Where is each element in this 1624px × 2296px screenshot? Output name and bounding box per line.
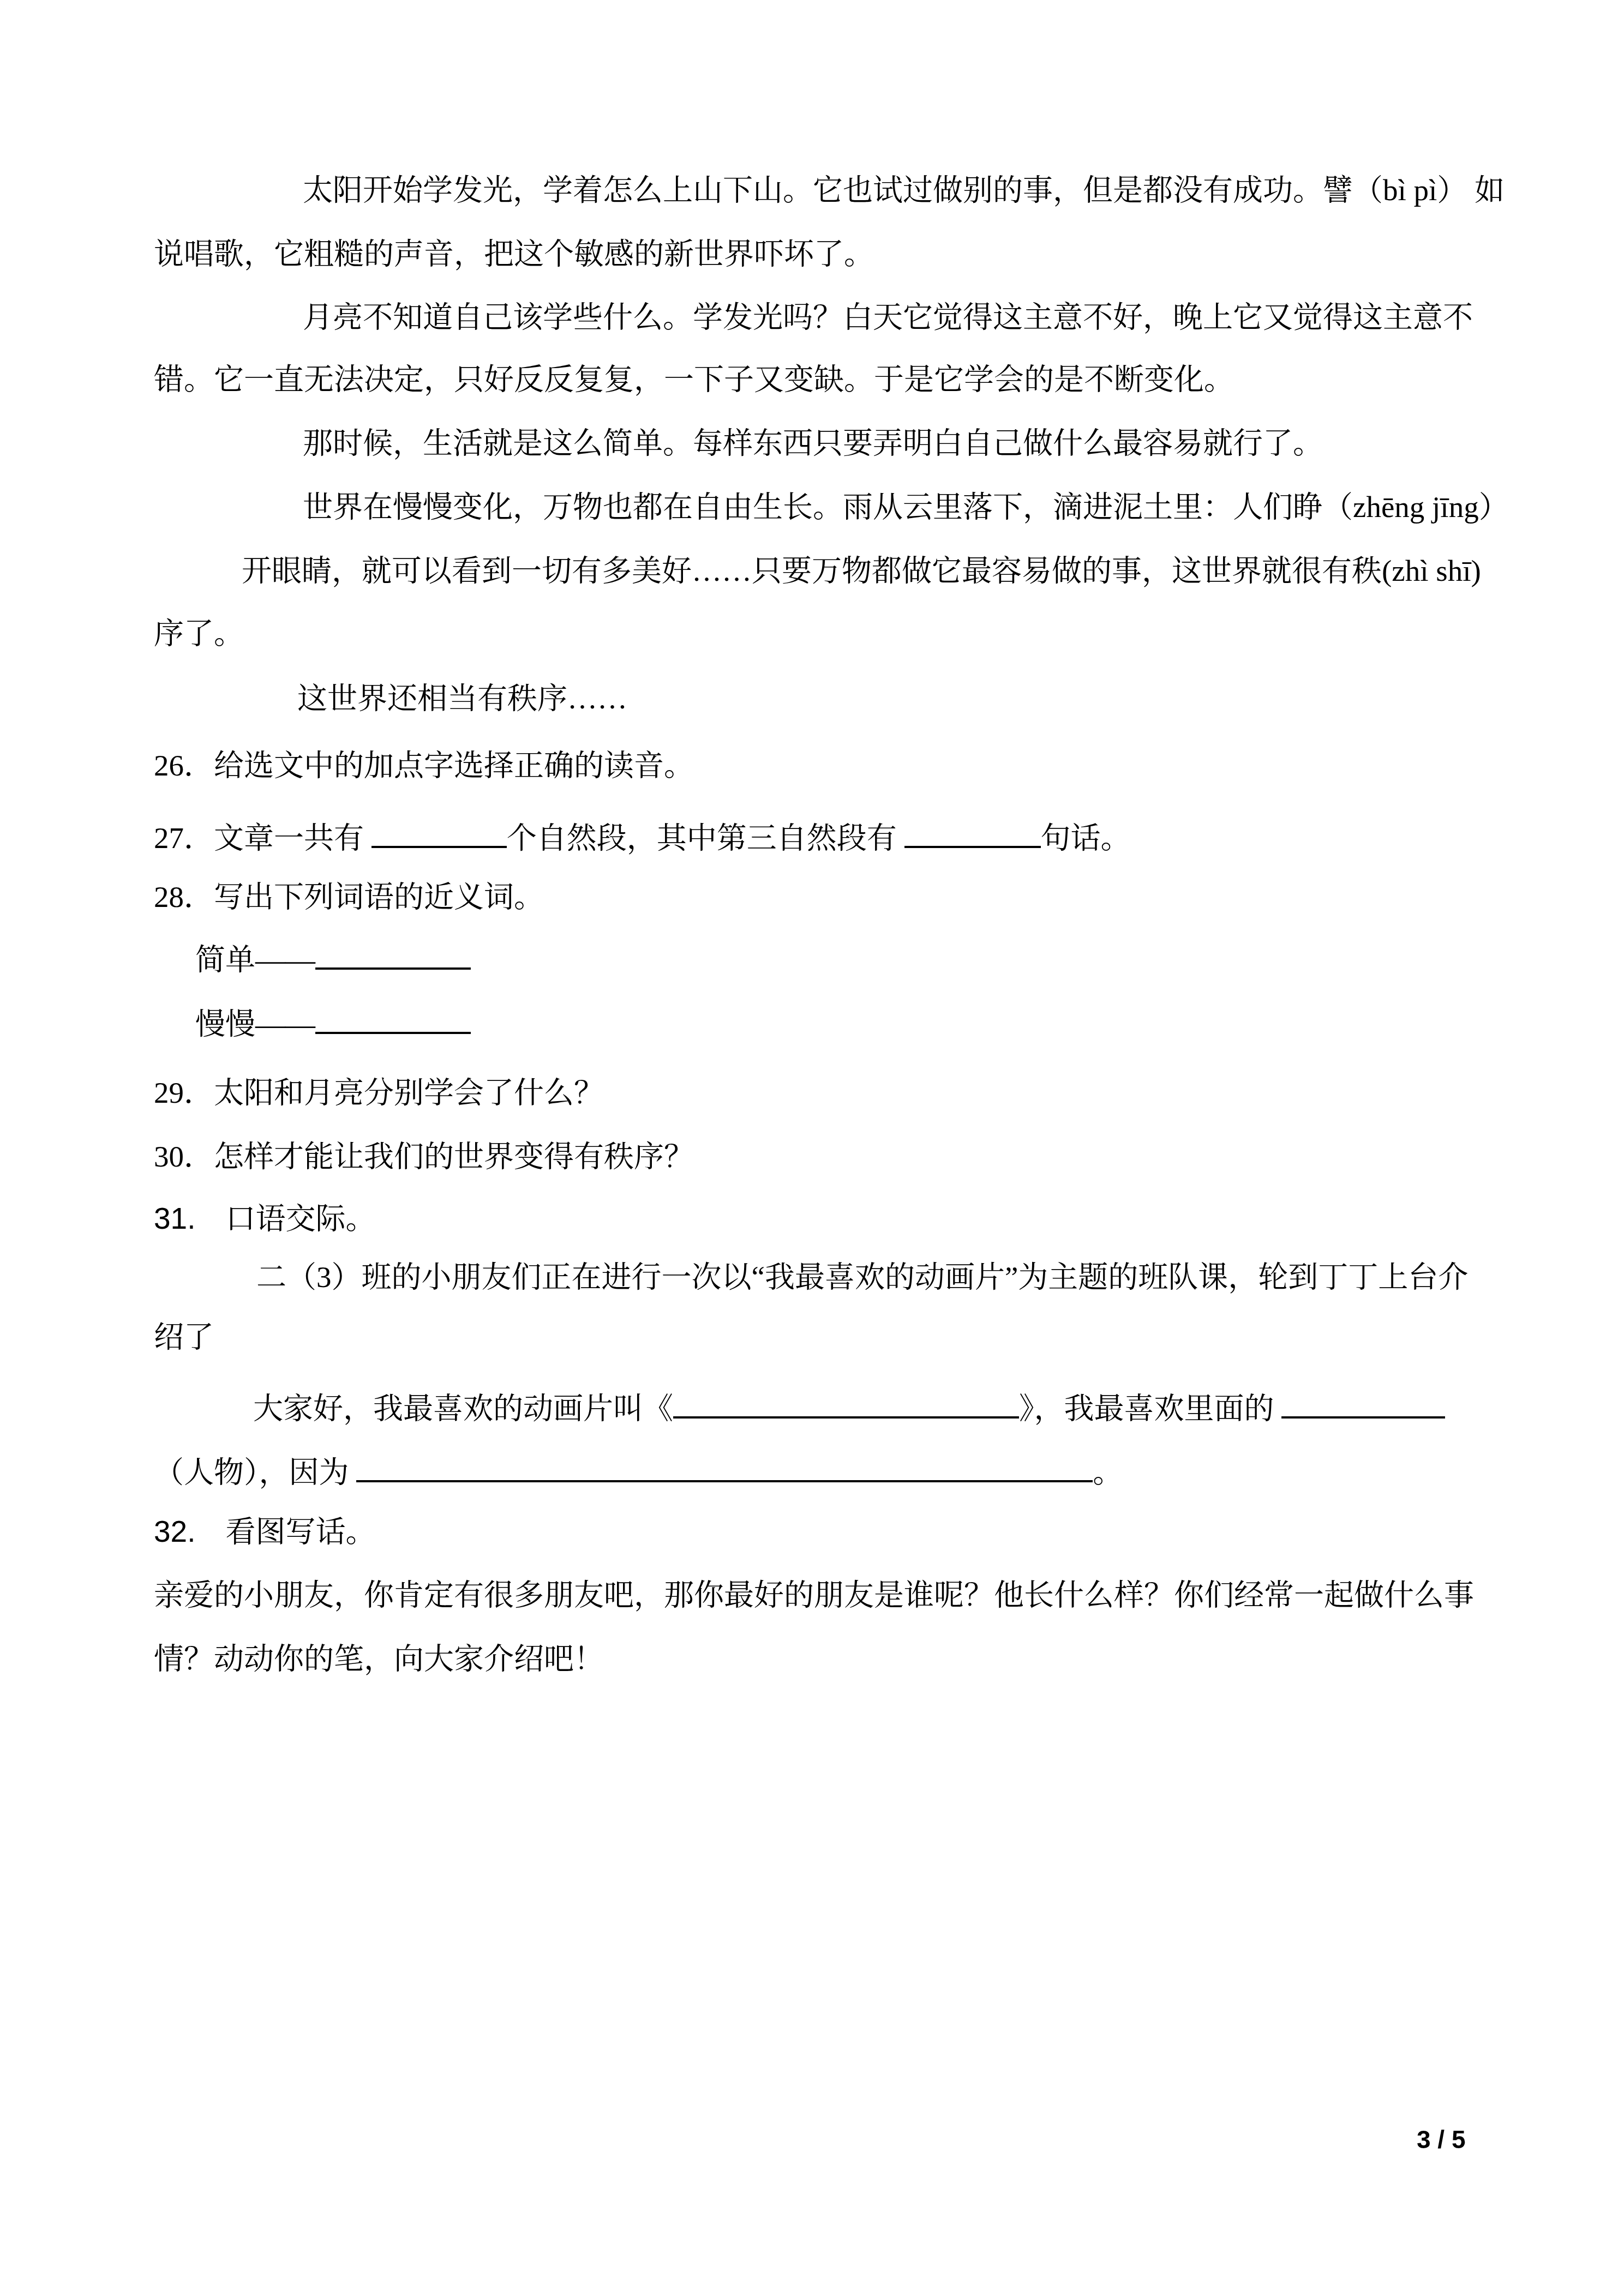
text-line: 26．给选文中的加点字选择正确的读音。: [154, 750, 694, 782]
blank-underline: [371, 818, 507, 848]
blank-underline: [356, 1452, 1093, 1482]
text-segment: 》，我最喜欢里面的: [1019, 1392, 1281, 1425]
text-segment: 太阳开始学发光，学着怎么上山下山。它也试过做别的事，但是都没有成功。譬（bì p…: [303, 173, 1505, 207]
text-line: 32. 看图写话。: [154, 1516, 375, 1548]
text-segment: （人物），因为: [154, 1456, 356, 1489]
text-segment: 序了。: [154, 617, 244, 650]
text-segment: 简单——: [195, 943, 315, 976]
text-line: 说唱歌，它粗糙的声音，把这个敏感的新世界吓坏了。: [154, 238, 874, 270]
text-segment: 看图写话。: [195, 1515, 375, 1548]
blank-underline: [1281, 1388, 1445, 1419]
text-segment: 句话。: [1041, 821, 1131, 855]
text-line: 31. 口语交际。: [154, 1203, 375, 1235]
text-segment: 二（3）班的小朋友们正在进行一次以“我最喜欢的动画片”为主题的班队课，轮到丁丁上…: [256, 1260, 1468, 1294]
text-segment: 说唱歌，它粗糙的声音，把这个敏感的新世界吓坏了。: [154, 237, 874, 271]
text-segment: 这世界还相当有秩序……: [297, 682, 627, 715]
blank-underline: [315, 1003, 471, 1034]
text-segment: 亲爱的小朋友，你肯定有很多朋友吧，那你最好的朋友是谁呢？他长什么样？你们经常一起…: [154, 1578, 1474, 1612]
text-segment: 世界在慢慢变化，万物也都在自由生长。雨从云里落下，滴进泥土里：人们睁（zhēng…: [303, 490, 1509, 524]
blank-underline: [904, 818, 1041, 848]
text-line: 世界在慢慢变化，万物也都在自由生长。雨从云里落下，滴进泥土里：人们睁（zhēng…: [303, 491, 1509, 523]
text-segment: 29．太阳和月亮分别学会了什么？: [154, 1076, 604, 1109]
blank-underline: [673, 1388, 1019, 1419]
text-segment: 个自然段，其中第三自然段有: [507, 821, 904, 855]
text-segment: 口语交际。: [195, 1202, 375, 1235]
text-segment: 错。它一直无法决定，只好反反复复，一下子又变缺。于是它学会的是不断变化。: [154, 363, 1234, 396]
text-line: （人物），因为 。: [154, 1452, 1123, 1488]
text-segment: 那时候，生活就是这么简单。每样东西只要弄明白自己做什么最容易就行了。: [303, 426, 1323, 460]
text-segment: 30．怎样才能让我们的世界变得有秩序？: [154, 1140, 694, 1173]
blank-underline: [315, 939, 471, 970]
text-line: 错。它一直无法决定，只好反反复复，一下子又变缺。于是它学会的是不断变化。: [154, 364, 1234, 395]
text-segment: 绍了: [154, 1320, 214, 1354]
text-segment: 大家好，我最喜欢的动画片叫《: [253, 1392, 673, 1425]
document-page: 太阳开始学发光，学着怎么上山下山。它也试过做别的事，但是都没有成功。譬（bì p…: [0, 0, 1624, 2296]
text-line: 30．怎样才能让我们的世界变得有秩序？: [154, 1141, 694, 1173]
text-segment: 27．文章一共有: [154, 821, 371, 855]
text-line: 大家好，我最喜欢的动画片叫《》，我最喜欢里面的: [253, 1388, 1445, 1425]
text-segment: 。: [1093, 1456, 1123, 1489]
text-line: 慢慢——: [195, 1003, 471, 1040]
text-segment: 32.: [154, 1514, 195, 1548]
text-line: 简单——: [195, 939, 471, 976]
text-segment: 情？动动你的笔，向大家介绍吧！: [154, 1642, 604, 1675]
text-line: 27．文章一共有 个自然段，其中第三自然段有 句话。: [154, 818, 1131, 854]
text-line: 28．写出下列词语的近义词。: [154, 881, 544, 913]
text-line: 这世界还相当有秩序……: [297, 683, 627, 714]
text-segment: 26．给选文中的加点字选择正确的读音。: [154, 749, 694, 782]
page-number-indicator: 3 / 5: [1417, 2126, 1466, 2153]
text-line: 亲爱的小朋友，你肯定有很多朋友吧，那你最好的朋友是谁呢？他长什么样？你们经常一起…: [154, 1579, 1474, 1611]
text-segment: 31.: [154, 1201, 195, 1235]
text-line: 开眼睛，就可以看到一切有多美好……只要万物都做它最容易做的事，这世界就很有秩(z…: [242, 555, 1481, 587]
text-segment: 28．写出下列词语的近义词。: [154, 880, 544, 913]
text-line: 29．太阳和月亮分别学会了什么？: [154, 1077, 604, 1109]
text-line: 太阳开始学发光，学着怎么上山下山。它也试过做别的事，但是都没有成功。譬（bì p…: [303, 175, 1505, 206]
text-line: 那时候，生活就是这么简单。每样东西只要弄明白自己做什么最容易就行了。: [303, 428, 1323, 459]
text-line: 月亮不知道自己该学些什么。学发光吗？白天它觉得这主意不好，晚上它又觉得这主意不: [303, 302, 1473, 333]
text-line: 二（3）班的小朋友们正在进行一次以“我最喜欢的动画片”为主题的班队课，轮到丁丁上…: [256, 1261, 1468, 1293]
text-line: 序了。: [154, 618, 244, 650]
text-segment: 慢慢——: [195, 1007, 315, 1041]
text-line: 绍了: [154, 1321, 214, 1353]
text-segment: 开眼睛，就可以看到一切有多美好……只要万物都做它最容易做的事，这世界就很有秩(z…: [242, 554, 1481, 587]
text-line: 情？动动你的笔，向大家介绍吧！: [154, 1643, 604, 1675]
text-segment: 月亮不知道自己该学些什么。学发光吗？白天它觉得这主意不好，晚上它又觉得这主意不: [303, 300, 1473, 334]
